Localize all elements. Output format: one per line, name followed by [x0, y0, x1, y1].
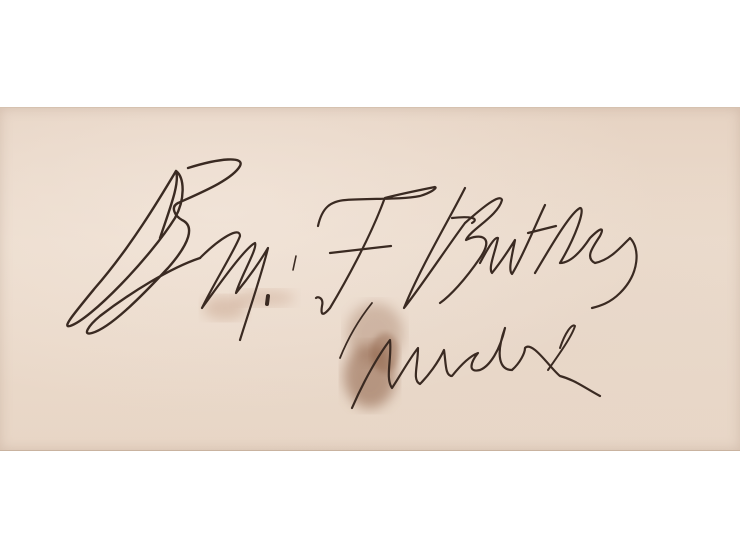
- signature-drawing: [0, 108, 740, 450]
- signature-card: Benj. F. Butler Mass.: [0, 107, 740, 451]
- water-stain: [203, 290, 403, 408]
